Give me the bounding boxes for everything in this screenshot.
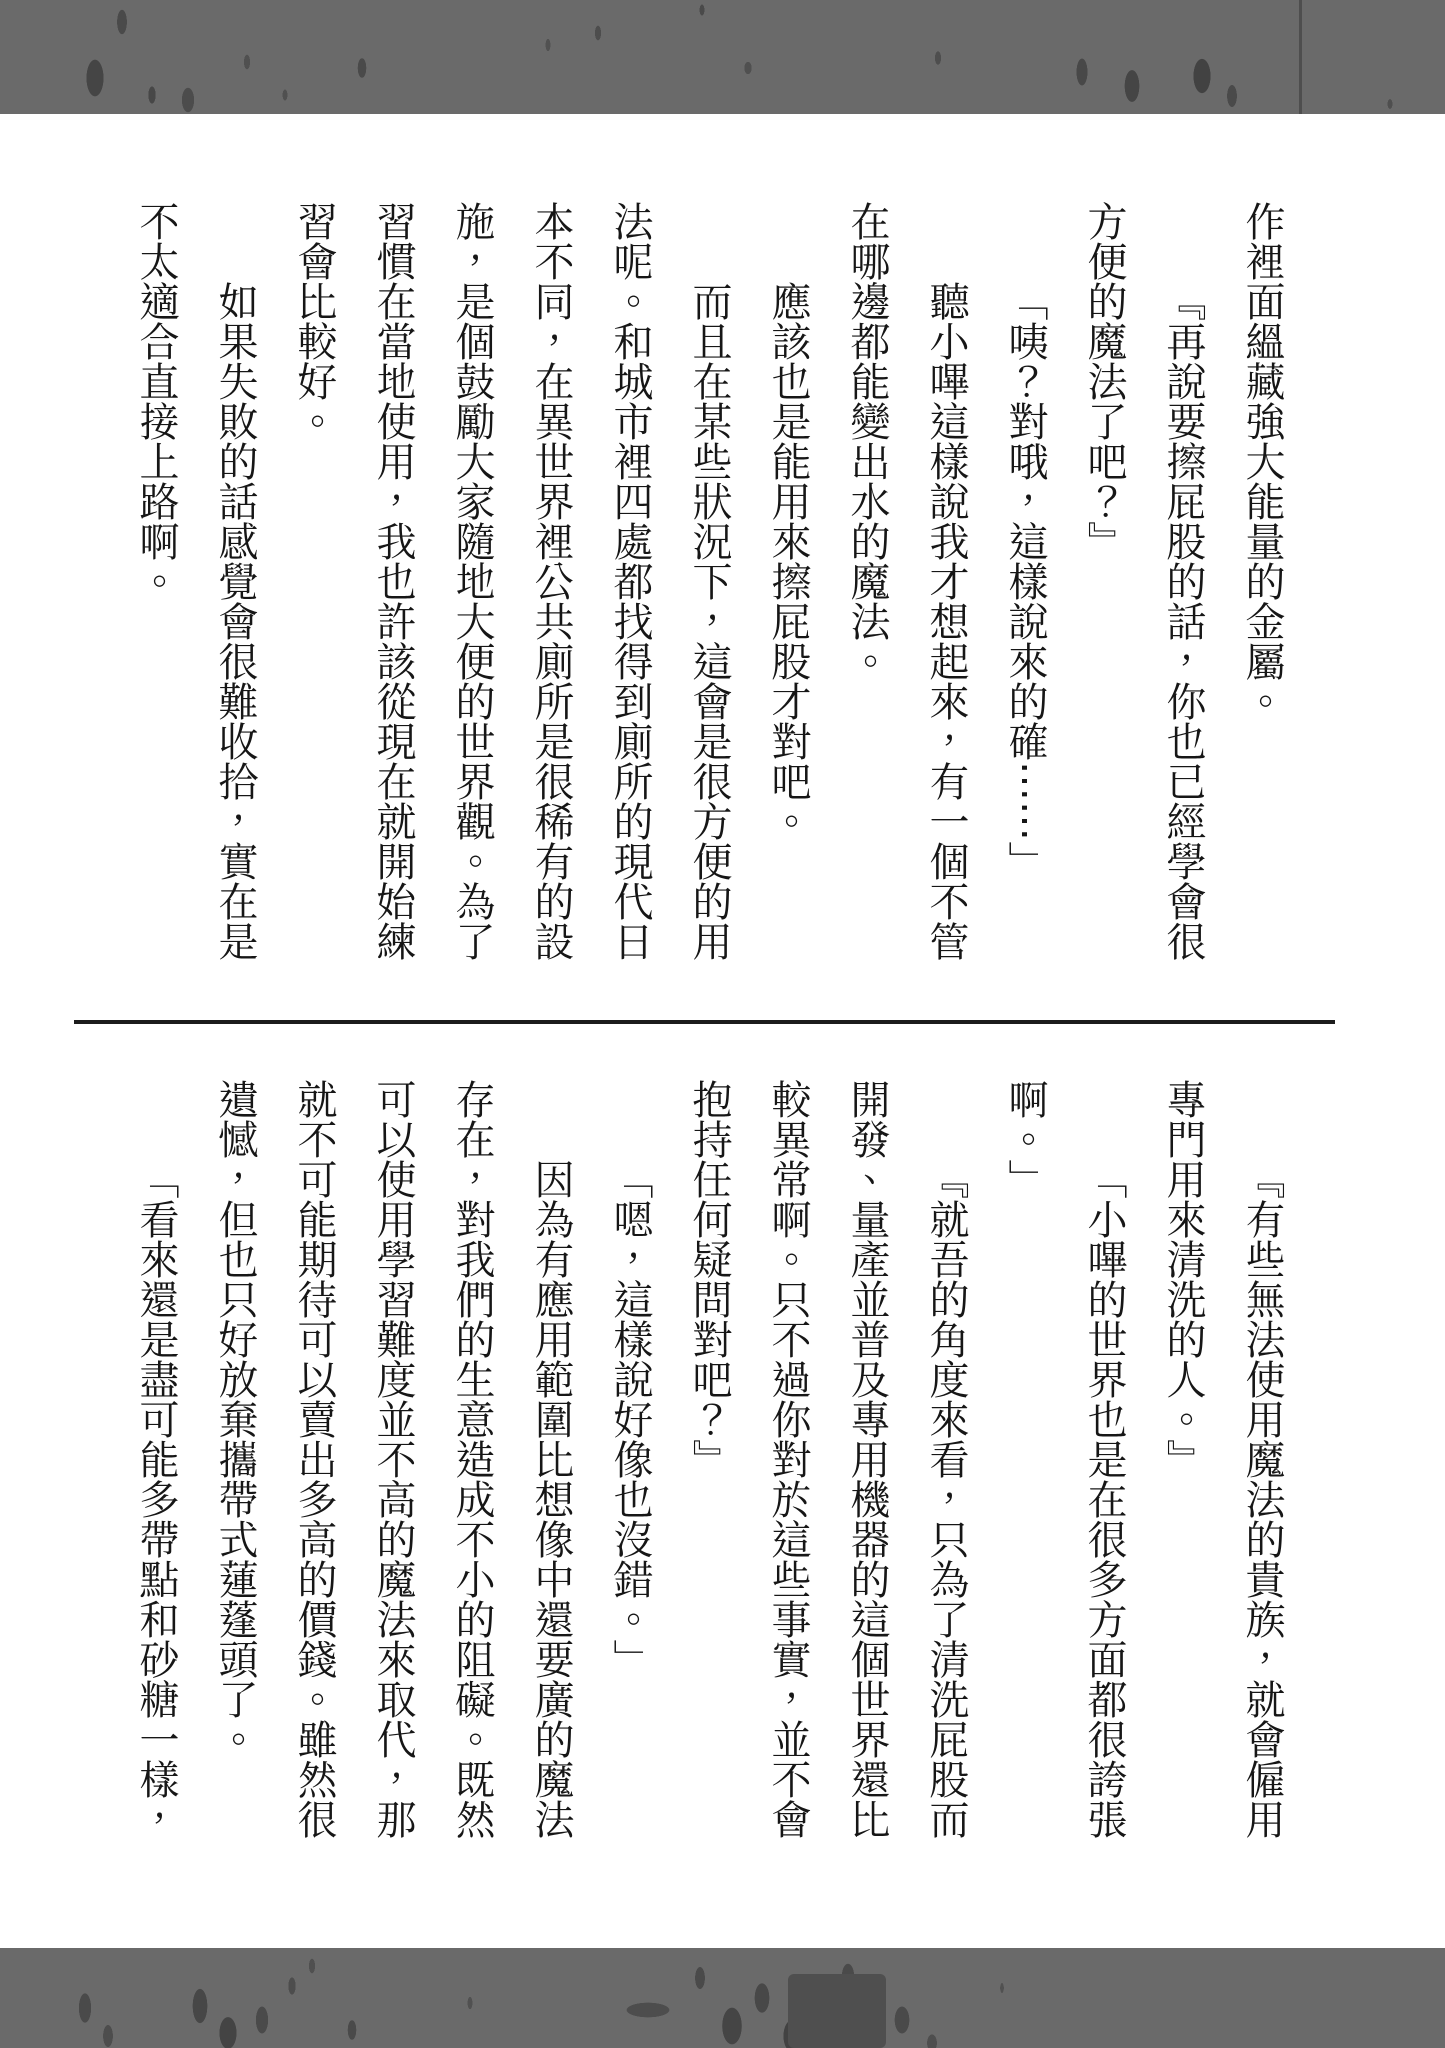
top-border-band bbox=[0, 0, 1445, 114]
paragraph: 應該也是能用來擦屁股才對吧。 bbox=[749, 201, 828, 961]
paragraph: 「咦？對哦，這樣說來的確⋯⋯」 bbox=[986, 201, 1065, 961]
paragraph: 作裡面縕藏強大能量的金屬。 bbox=[1223, 201, 1302, 961]
paragraph: 「小嗶的世界也是在很多方面都很誇張啊。」 bbox=[986, 1079, 1144, 1839]
paragraph: 「看來還是盡可能多帶點和砂糖一樣， bbox=[117, 1079, 196, 1839]
paragraph: 「嗯，這樣說好像也沒錯。」 bbox=[591, 1079, 670, 1839]
band-grunge-patch bbox=[788, 1974, 886, 2048]
book-page: 作裡面縕藏強大能量的金屬。 『再說要擦屁股的話，你也已經學會很方便的魔法了吧？』… bbox=[0, 0, 1445, 2048]
paragraph: 而且在某些狀況下，這會是很方便的用法呢。和城市裡四處都找得到廁所的現代日本不同，… bbox=[275, 201, 749, 961]
paragraph: 如果失敗的話感覺會很難收拾，實在是不太適合直接上路啊。 bbox=[117, 201, 275, 961]
paragraph: 『再說要擦屁股的話，你也已經學會很方便的魔法了吧？』 bbox=[1065, 201, 1223, 961]
section-divider bbox=[74, 1020, 1335, 1024]
paragraph: 『有些無法使用魔法的貴族，就會僱用專門用來清洗的人。』 bbox=[1144, 1079, 1302, 1839]
paragraph: 『就吾的角度來看，只為了清洗屁股而開發、量產並普及專用機器的這個世界還比較異常啊… bbox=[670, 1079, 986, 1839]
paragraph: 聽小嗶這樣說我才想起來，有一個不管在哪邊都能變出水的魔法。 bbox=[828, 201, 986, 961]
band-vertical-line bbox=[1299, 0, 1302, 114]
paragraph: 因為有應用範圍比想像中還要廣的魔法存在，對我們的生意造成不小的阻礙。既然可以使用… bbox=[196, 1079, 591, 1839]
bottom-border-band bbox=[0, 1948, 1445, 2048]
bottom-text-section: 『有些無法使用魔法的貴族，就會僱用專門用來清洗的人。』 「小嗶的世界也是在很多方… bbox=[117, 1079, 1302, 1839]
top-text-section: 作裡面縕藏強大能量的金屬。 『再說要擦屁股的話，你也已經學會很方便的魔法了吧？』… bbox=[117, 201, 1302, 961]
